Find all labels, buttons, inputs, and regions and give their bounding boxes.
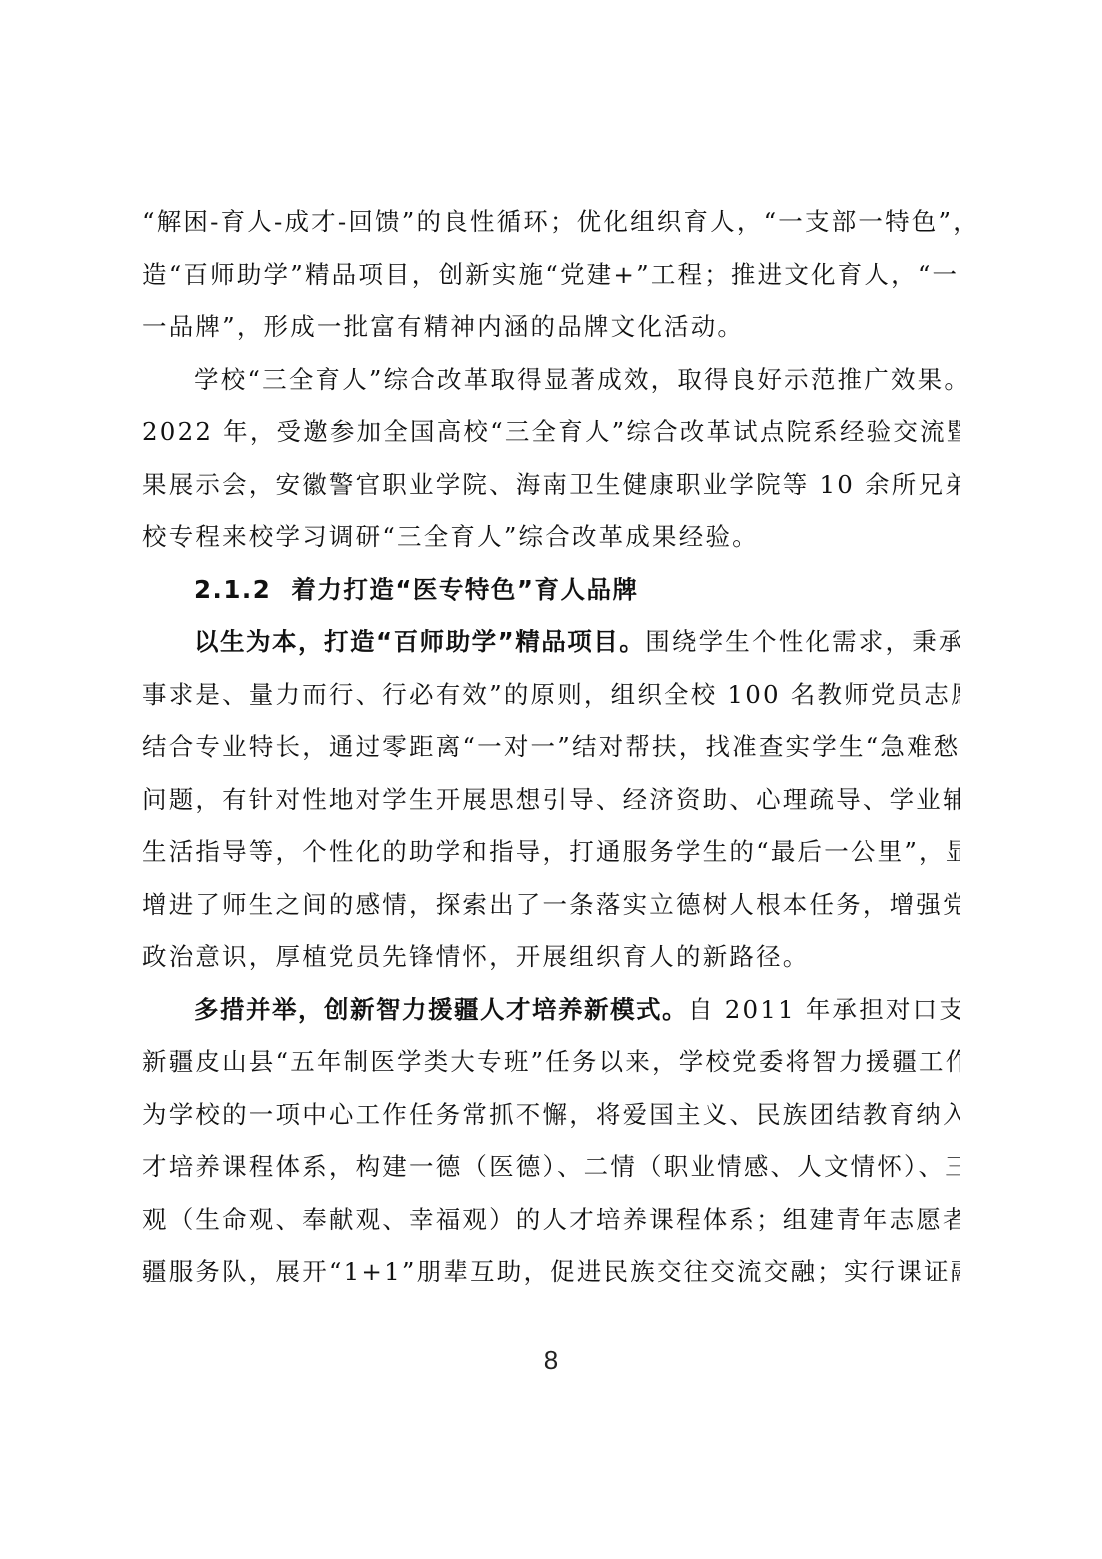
section-number: 2.1.2 <box>194 575 271 604</box>
text-line: 果展示会，安徽警官职业学院、海南卫生健康职业学院等 10 余所兄弟院 <box>142 459 960 512</box>
text-line: 学校“三全育人”综合改革取得显著成效，取得良好示范推广效果。 <box>142 354 960 407</box>
text-line: 以生为本，打造“百师助学”精品项目。围绕学生个性化需求，秉承“实 <box>142 616 960 669</box>
document-page: “解困-育人-成才-回馈”的良性循环；优化组织育人，“一支部一特色”，打 造“百… <box>142 196 960 1299</box>
text-span: 自 2011 年承担对口支援 <box>688 995 960 1024</box>
text-line: 才培养课程体系，构建一德（医德）、二情（职业情感、人文情怀）、三 <box>142 1141 960 1194</box>
text-line: 增进了师生之间的感情，探索出了一条落实立德树人根本任务，增强党员 <box>142 879 960 932</box>
text-line: 结合专业特长，通过零距离“一对一”结对帮扶，找准查实学生“急难愁盼” <box>142 721 960 774</box>
paragraph-achievements: 学校“三全育人”综合改革取得显著成效，取得良好示范推广效果。 2022 年，受邀… <box>142 354 960 564</box>
paragraph-continuation: “解困-育人-成才-回馈”的良性循环；优化组织育人，“一支部一特色”，打 造“百… <box>142 196 960 354</box>
paragraph-baishi-zhuxue: 以生为本，打造“百师助学”精品项目。围绕学生个性化需求，秉承“实 事求是、量力而… <box>142 616 960 984</box>
page-number: 8 <box>0 1345 1102 1376</box>
text-line: 造“百师助学”精品项目，创新实施“党建+”工程；推进文化育人，“一学院 <box>142 249 960 302</box>
text-line: 多措并举，创新智力援疆人才培养新模式。自 2011 年承担对口支援 <box>142 984 960 1037</box>
text-span: 围绕学生个性化需求，秉承“实 <box>645 627 960 656</box>
lead-sentence: 多措并举，创新智力援疆人才培养新模式。 <box>194 995 688 1024</box>
text-line: 问题，有针对性地对学生开展思想引导、经济资助、心理疏导、学业辅导、 <box>142 774 960 827</box>
text-line: 政治意识，厚植党员先锋情怀，开展组织育人的新路径。 <box>142 931 960 984</box>
text-line: 校专程来校学习调研“三全育人”综合改革成果经验。 <box>142 511 960 564</box>
text-line: 生活指导等，个性化的助学和指导，打通服务学生的“最后一公里”，显著 <box>142 826 960 879</box>
text-line: 一品牌”，形成一批富有精神内涵的品牌文化活动。 <box>142 301 960 354</box>
text-line: 2022 年，受邀参加全国高校“三全育人”综合改革试点院系经验交流暨成 <box>142 406 960 459</box>
text-line: 疆服务队，展开“1+1”朋辈互助，促进民族交往交流交融；实行课证融合 <box>142 1246 960 1299</box>
lead-sentence: 以生为本，打造“百师助学”精品项目。 <box>194 627 645 656</box>
text-line: 观（生命观、奉献观、幸福观）的人才培养课程体系；组建青年志愿者援 <box>142 1194 960 1247</box>
text-line: 新疆皮山县“五年制医学类大专班”任务以来，学校党委将智力援疆工作作 <box>142 1036 960 1089</box>
section-heading: 2.1.2 着力打造“医专特色”育人品牌 <box>142 564 960 617</box>
text-line: 事求是、量力而行、行必有效”的原则，组织全校 100 名教师党员志愿者 <box>142 669 960 722</box>
text-line: “解困-育人-成才-回馈”的良性循环；优化组织育人，“一支部一特色”，打 <box>142 196 960 249</box>
section-title: 着力打造“医专特色”育人品牌 <box>291 575 638 604</box>
text-line: 为学校的一项中心工作任务常抓不懈，将爱国主义、民族团结教育纳入人 <box>142 1089 960 1142</box>
paragraph-zhili-yuanjiang: 多措并举，创新智力援疆人才培养新模式。自 2011 年承担对口支援 新疆皮山县“… <box>142 984 960 1299</box>
